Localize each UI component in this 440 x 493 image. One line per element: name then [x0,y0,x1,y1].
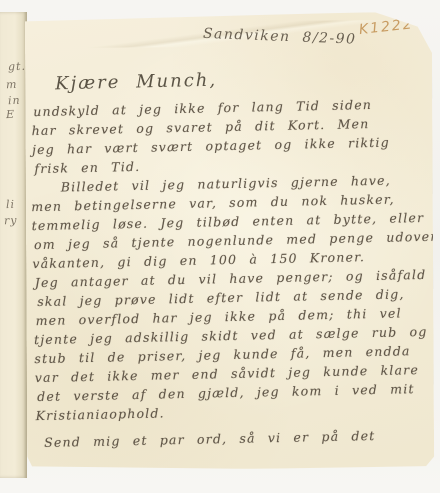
letter-line: frisk en Tid. [34,159,140,176]
letter-line: Kristianiaophold. [35,405,164,423]
letter-line: Billedet vil jeg naturligvis gjerne have… [61,173,391,195]
letter-line: Send mig et par ord, så vi er på det [44,428,376,450]
page-fragment: ry [4,214,18,227]
page-fragment: E [6,108,15,121]
letter-sheet: K1222 Sandviken 8/2-90 Kjære Munch, unds… [25,12,434,470]
page-fragment: m [6,78,18,91]
page-fragment: in [8,94,21,107]
letter-line: våkanten, gi dig en 100 à 150 Kroner. [32,249,365,271]
letter-line: har skrevet og svaret på dit Kort. Men [31,116,369,138]
letter-line: undskyld at jeg ikke for lang Tid siden [33,97,372,119]
photo-background: gt.minEliry K1222 Sandviken 8/2-90 Kjære… [0,0,440,493]
page-fragment: gt. [8,60,26,74]
page-fragment: li [6,198,15,211]
letter-body: undskyld at jeg ikke for lang Tid sidenh… [21,9,437,473]
letter-line: det verste af den gjæld, jeg kom i ved m… [37,381,415,404]
letter-line: om jeg så tjente nogenlunde med penge ud… [34,229,438,252]
adjacent-page-edge: gt.minEliry [0,12,27,478]
letter-line: jeg har vært svært optaget og ikke rikti… [32,135,390,157]
